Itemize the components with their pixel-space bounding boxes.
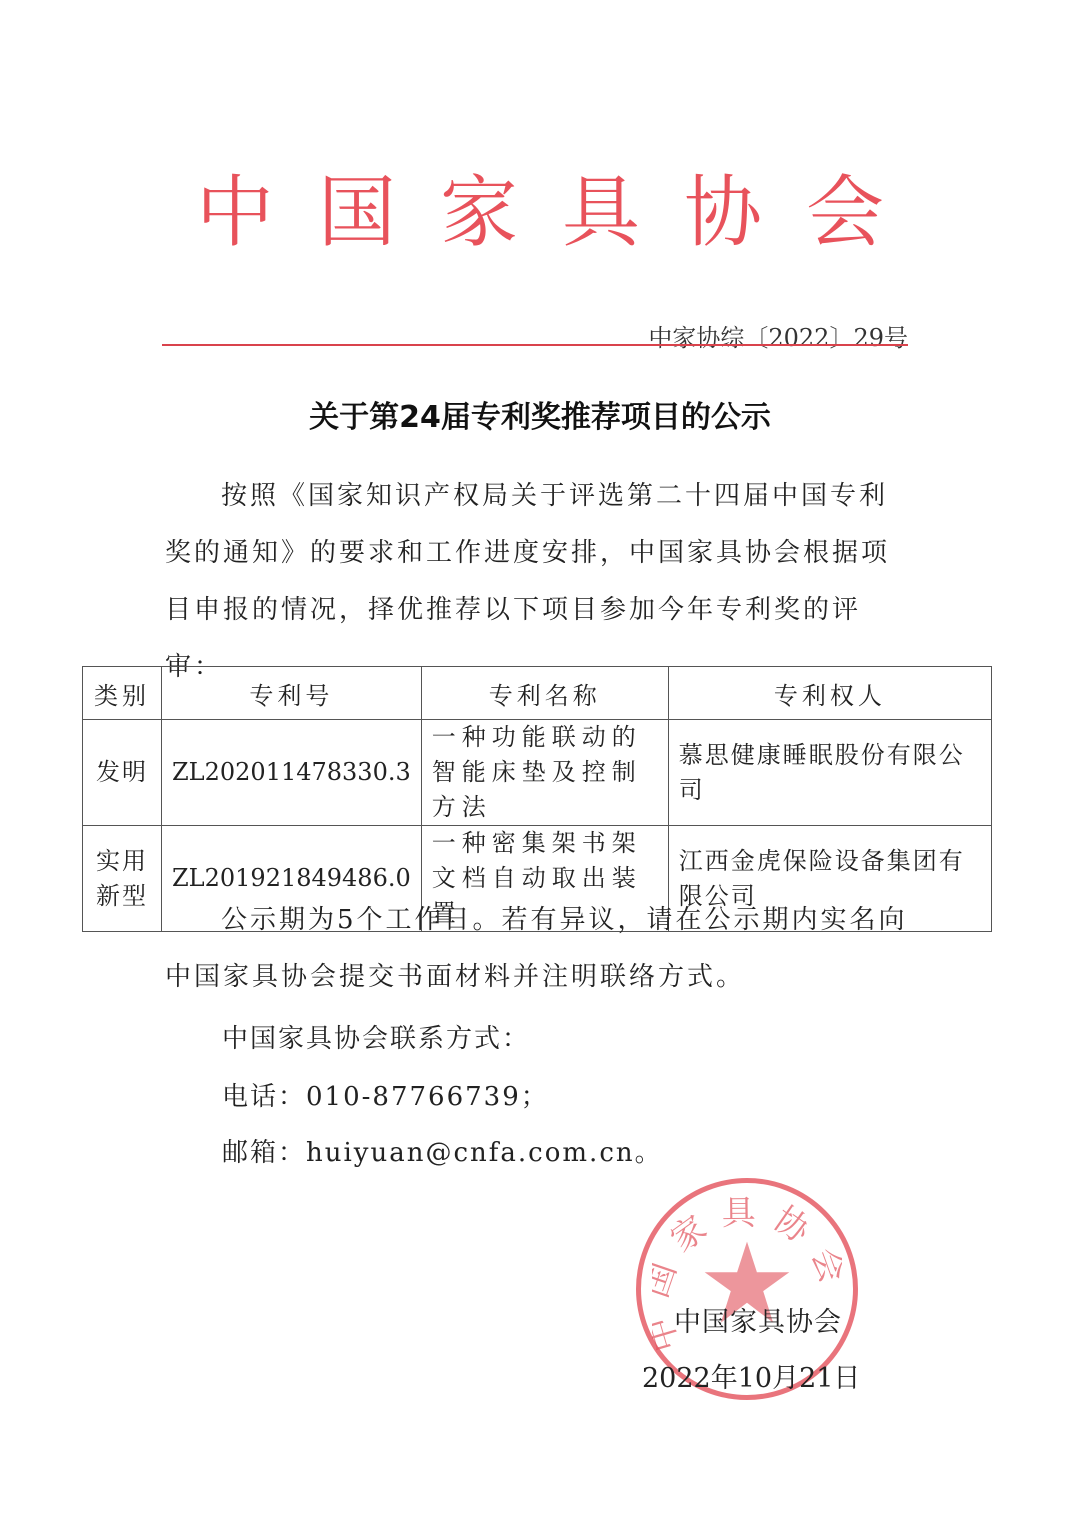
table-row: 发明 ZL202011478330.3 一种功能联动的智能床垫及控制方法 慕思健… — [83, 720, 992, 826]
contact-email: 邮箱：huiyuan@cnfa.com.cn。 — [222, 1132, 663, 1169]
cell-patent-no: ZL202011478330.3 — [162, 720, 422, 826]
cell-holder: 慕思健康睡眠股份有限公司 — [668, 720, 991, 826]
header-category: 类别 — [83, 667, 162, 720]
header-patent-name: 专利名称 — [421, 667, 668, 720]
notice-paragraph: 公示期为5个工作日。若有异议，请在公示期内实名向中国家具协会提交书面材料并注明联… — [165, 892, 915, 1006]
header-patent-no: 专利号 — [162, 667, 422, 720]
document-number: 中家协综〔2022〕29号 — [648, 318, 908, 353]
cell-category: 发明 — [83, 720, 162, 826]
letterhead-title: 中国家具协会 — [0, 150, 1080, 262]
contact-heading: 中国家具协会联系方式： — [222, 1018, 530, 1055]
table-header-row: 类别 专利号 专利名称 专利权人 — [83, 667, 992, 720]
cell-patent-name: 一种功能联动的智能床垫及控制方法 — [421, 720, 668, 826]
contact-phone: 电话：010-87766739； — [222, 1076, 549, 1113]
intro-paragraph: 按照《国家知识产权局关于评选第二十四届中国专利奖的通知》的要求和工作进度安排，中… — [165, 468, 915, 696]
signature-date: 2022年10月21日 — [642, 1356, 860, 1395]
cell-category: 实用新型 — [83, 826, 162, 932]
red-divider — [162, 344, 908, 346]
document-title: 关于第24届专利奖推荐项目的公示 — [0, 392, 1080, 436]
signature-org: 中国家具协会 — [674, 1300, 842, 1339]
header-holder: 专利权人 — [668, 667, 991, 720]
